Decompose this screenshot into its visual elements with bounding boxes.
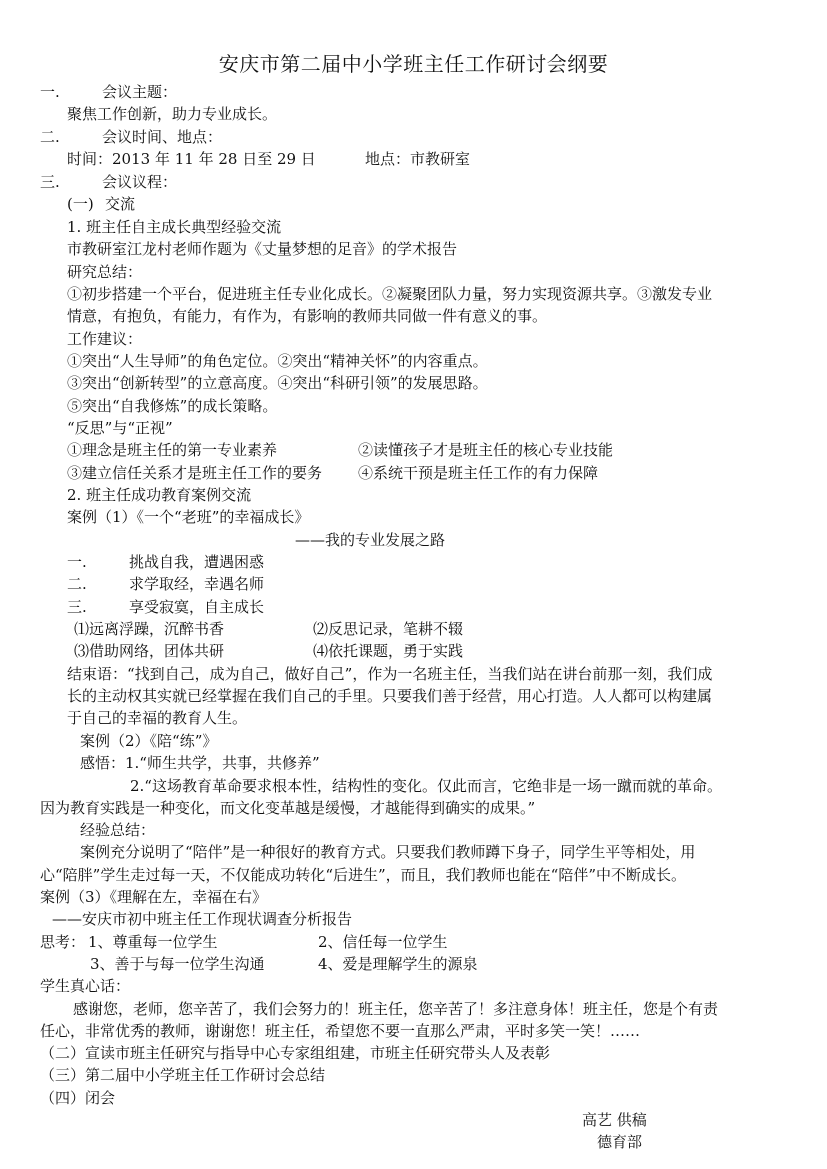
student-voice-line: 感谢您，老师，您辛苦了，我们会努力的！班主任，您辛苦了！多注意身体！班主任，您是… [73,999,718,1020]
reflect-item: ②读懂孩子才是班主任的核心专业技能 [358,440,613,461]
reflect-item: ④系统干预是班主任工作的有力保障 [358,463,598,484]
signature-dept: 德育部 [597,1132,642,1153]
reflect-item: ③建立信任关系才是班主任工作的要务 [67,463,322,484]
thought-item: 2、信任每一位学生 [318,932,448,953]
section-number: 三. [40,172,102,193]
section-label: 会议时间、地点： [102,128,222,146]
experience-line: 案例充分说明了“陪伴”是一种很好的教育方式。只要我们教师蹲下身子，同学生平等相处… [80,842,695,863]
experience-label: 经验总结： [80,820,155,841]
case-3-subtitle: ——安庆市初中班主任工作现状调查分析报告 [52,909,352,930]
case-2-title: 案例（2）《陪“练”》 [80,731,217,752]
item-1-heading: 1. 班主任自主成长典型经验交流 [67,217,281,238]
case-1-subpoint: ⑵反思记录，笔耕不辍 [313,619,463,640]
insight-2-line: 2.“这场教育革命要求根本性，结构性的变化。仅此而言，它绝非是一场一蹴而就的革命… [130,776,722,797]
thought-item: 3、善于与每一位学生沟通 [90,954,265,975]
think-label: 思考： [40,932,85,953]
section-2-heading: 二.会议时间、地点： [40,127,222,148]
summary-line: ①初步搭建一个平台，促进班主任专业化成长。②凝聚团队力量，努力实现资源共享。③激… [67,284,712,305]
case-1-subpoint: ⑷依托课题，勇于实践 [313,641,463,662]
point-number: 一. [67,552,129,573]
document-title: 安庆市第二届中小学班主任工作研讨会纲要 [0,48,827,77]
advice-line: ③突出“创新转型”的立意高度。④突出“科研引领”的发展思路。 [67,373,488,394]
student-voice-line: 任心，非常优秀的教师，谢谢您！班主任，希望您不要一直那么严肃，平时多笑一笑！…… [40,1021,640,1042]
closing-line: 长的主动权其实就已经掌握在我们自己的手里。只要我们善于经营，用心打造。人人都可以… [67,686,712,707]
point-number: 三. [67,597,129,618]
summary-label: 研究总结： [67,262,142,283]
closing-line: 于自己的幸福的教育人生。 [67,708,247,729]
case-1-subpoint: ⑴远离浮躁，沉醉书香 [74,619,224,640]
insight-2-line: 因为教育实践是一种变化，而文化变革越是缓慢，才越能得到确实的成果。” [40,798,535,819]
reflect-label: “反思”与“正视” [67,418,173,439]
point-text: 享受寂寞，自主成长 [129,598,264,616]
part-4: （四）闭会 [40,1088,115,1109]
case-1-title: 案例（1）《一个“老班”的幸福成长》 [67,507,309,528]
advice-line: ⑤突出“自我修炼”的成长策略。 [67,396,277,417]
experience-line: 心“陪胖”学生走过每一天，不仅能成功转化“后进生”，而且，我们教师也能在“陪伴”… [40,865,686,886]
summary-line: 情意，有抱负，有能力，有作为，有影响的教师共同做一件有意义的事。 [67,306,547,327]
reflect-item: ①理念是班主任的第一专业素养 [67,440,277,461]
report-line: 市教研室江龙村老师作题为《丈量梦想的足音》的学术报告 [67,239,457,260]
section-number: 一. [40,82,102,103]
point-text: 挑战自我，遭遇困惑 [129,553,264,571]
section-3-heading: 三.会议议程： [40,172,177,193]
point-text: 求学取经，幸遇名师 [129,575,264,593]
meeting-time: 时间：2013 年 11 年 28 日至 29 日 [67,149,316,170]
thought-item: 4、爱是理解学生的源泉 [318,954,478,975]
section-label: 会议议程： [102,173,177,191]
insight-1: 感悟：1.“师生共学，共事，共修养” [80,753,320,774]
case-1-point: 二.求学取经，幸遇名师 [67,574,264,595]
point-number: 二. [67,574,129,595]
part-1-heading: (一)交流 [67,194,135,215]
section-1-heading: 一.会议主题： [40,82,177,103]
case-1-point: 一.挑战自我，遭遇困惑 [67,552,264,573]
case-1-subpoint: ⑶借助网络，团体共研 [74,641,224,662]
case-3-title: 案例（3）《理解在左，幸福在右》 [40,887,267,908]
part-2: （二）宣读市班主任研究与指导中心专家组组建，市班主任研究带头人及表彰 [40,1043,550,1064]
student-voice-label: 学生真心话： [40,976,130,997]
meeting-theme: 聚焦工作创新，助力专业成长。 [67,104,277,125]
closing-line: 结束语：“找到自己，成为自己，做好自己”，作为一名班主任，当我们站在讲台前那一刻… [67,664,712,685]
case-1-point: 三.享受寂寞，自主成长 [67,597,264,618]
advice-label: 工作建议： [67,329,142,350]
part-3: （三）第二届中小学班主任工作研讨会总结 [40,1065,325,1086]
advice-line: ①突出“人生导师”的角色定位。②突出“精神关怀”的内容重点。 [67,351,488,372]
thought-item: 1、尊重每一位学生 [88,932,218,953]
item-2-heading: 2. 班主任成功教育案例交流 [67,485,251,506]
part-label: 交流 [105,195,135,213]
section-label: 会议主题： [102,83,177,101]
signature-author: 高艺 供稿 [582,1110,647,1131]
part-number: (一) [67,194,105,215]
section-number: 二. [40,127,102,148]
meeting-place: 地点：市教研室 [365,149,470,170]
case-1-subtitle: ——我的专业发展之路 [295,530,445,551]
